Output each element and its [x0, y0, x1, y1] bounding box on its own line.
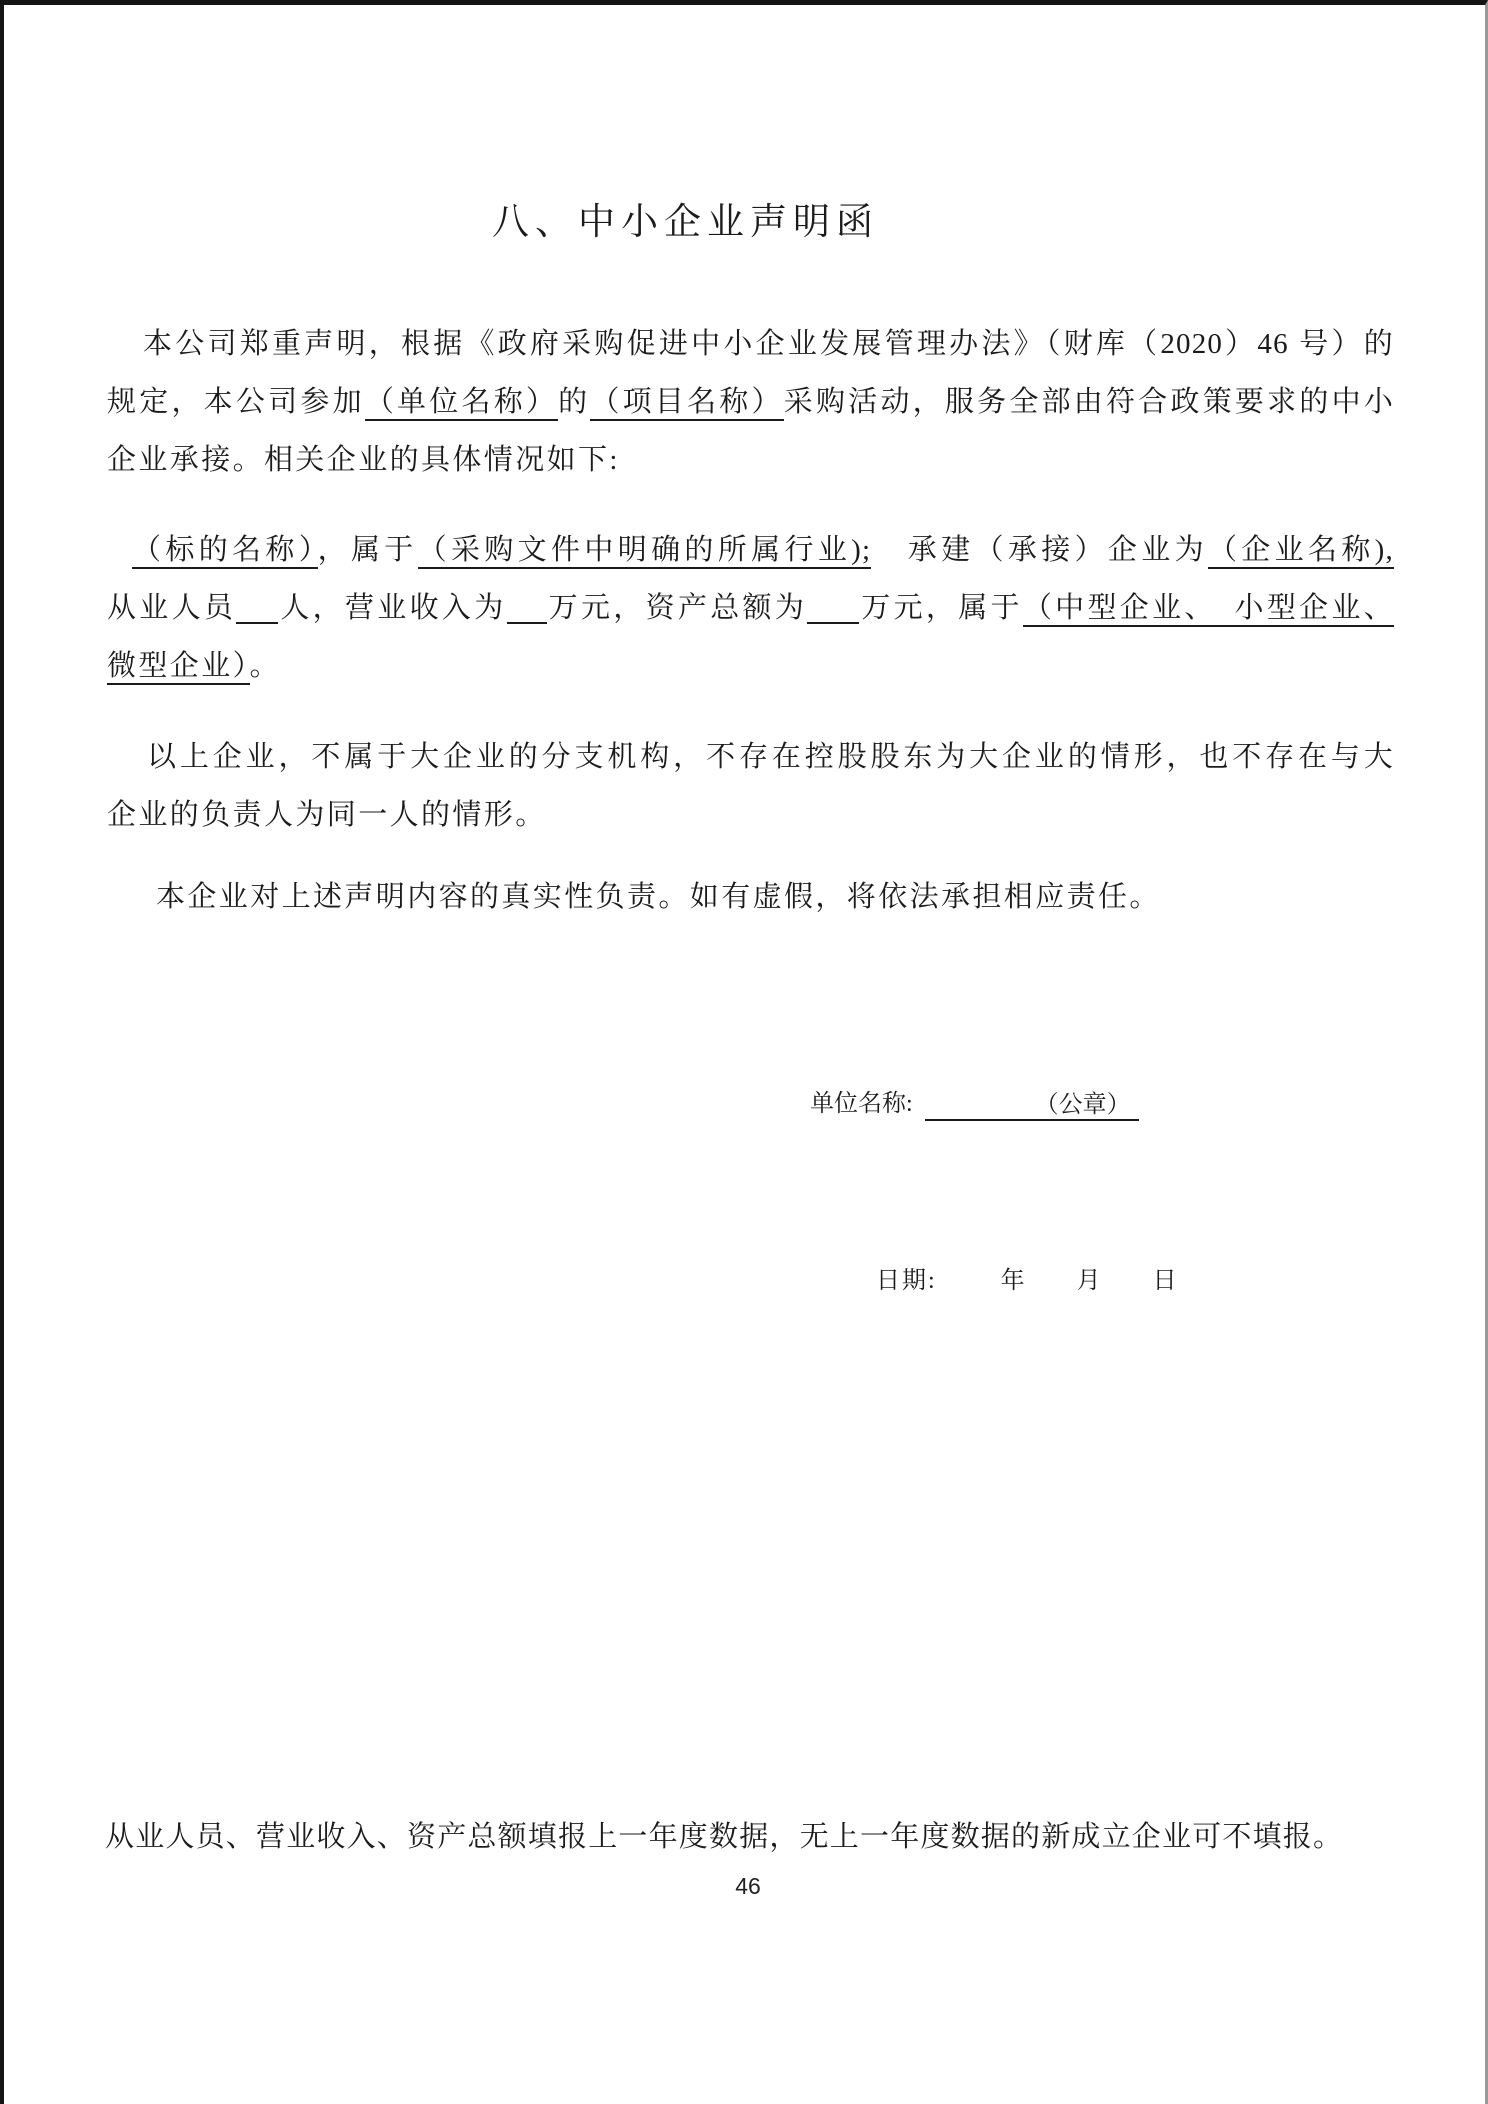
para-no-large-enterprise: 以上企业，不属于大企业的分支机构，不存在控股股东为大企业的情形，也不存在与大企业… — [107, 728, 1394, 844]
day-label: 日 — [1153, 1268, 1179, 1294]
para-responsibility: 本企业对上述声明内容的真实性负责。如有虚假，将依法承担相应责任。 — [107, 868, 1394, 926]
underlined-text: （单位名称） — [365, 386, 558, 421]
seal-label: （公章） — [1035, 1092, 1131, 1118]
unit-name-blank-line: （公章） — [925, 1089, 1139, 1121]
text-line: 企业承接。相关企业的具体情况如下: — [107, 431, 1394, 489]
unit-name-label: 单位名称: — [810, 1091, 913, 1117]
date-spacer — [1103, 1287, 1153, 1288]
date-spacer — [937, 1287, 1001, 1288]
text-line: 微型企业）。 — [107, 637, 1394, 695]
text-run: 承建（承接）企业为 — [908, 534, 1208, 566]
document-page: 八、中小企业声明函 本公司郑重声明，根据《政府采购促进中小企业发展管理办法》（财… — [0, 0, 1488, 2104]
page-number: 46 — [4, 1873, 1488, 1900]
text-line: 从业人员人，营业收入为万元，资产总额为万元，属于（中型企业、 小型企业、 — [107, 579, 1394, 637]
underlined-text: （采购文件中明确的所属行业); — [418, 534, 872, 569]
text-line: 企业的负责人为同一人的情形。 — [107, 786, 1394, 844]
date-label: 日期: — [876, 1268, 937, 1294]
year-label: 年 — [1001, 1268, 1027, 1294]
date-spacer — [1027, 1287, 1077, 1288]
text-run: 。 — [250, 650, 281, 682]
text-line: 本公司郑重声明，根据《政府采购促进中小企业发展管理办法》（财库（2020）46 … — [107, 315, 1394, 373]
text-line: 规定，本公司参加（单位名称）的（项目名称）采购活动，服务全部由符合政策要求的中小 — [107, 373, 1394, 431]
page-title: 八、中小企业声明函 — [107, 191, 1394, 245]
text-run: 万元，资产总额为 — [547, 592, 808, 624]
underlined-text: 微型企业） — [107, 650, 250, 685]
text-run: 人，营业收入为 — [278, 592, 506, 624]
text-run: 规定，本公司参加 — [107, 386, 365, 418]
signature-unit-row: 单位名称:（公章） — [107, 1087, 1488, 1121]
text-run: 的 — [558, 386, 590, 418]
text-line: 以上企业，不属于大企业的分支机构，不存在控股股东为大企业的情形，也不存在与大 — [107, 728, 1394, 786]
text-run — [871, 534, 908, 566]
signature-date-row: 日期:年月日 — [107, 1264, 1488, 1298]
text-line: （标的名称），属于（采购文件中明确的所属行业); 承建（承接）企业为（企业名称)… — [107, 521, 1394, 579]
month-label: 月 — [1077, 1268, 1103, 1294]
para-enterprise-details: （标的名称），属于（采购文件中明确的所属行业); 承建（承接）企业为（企业名称)… — [107, 521, 1394, 695]
text-run: 本公司郑重声明，根据《政府采购促进中小企业发展管理办法》（财库（2020）46 … — [143, 328, 1394, 360]
text-run: ，属于 — [318, 534, 418, 566]
text-run: 以上企业，不属于大企业的分支机构，不存在控股股东为大企业的情形，也不存在与大 — [147, 741, 1394, 773]
fill-in-blank — [807, 593, 859, 624]
text-run: 企业承接。相关企业的具体情况如下: — [107, 444, 620, 476]
underlined-text: （中型企业、 小型企业、 — [1023, 592, 1394, 627]
text-run: 万元，属于 — [859, 592, 1023, 624]
underlined-text: （企业名称), — [1208, 534, 1394, 569]
footnote-text: 从业人员、营业收入、资产总额填报上一年度数据，无上一年度数据的新成立企业可不填报… — [105, 1817, 1465, 1857]
underlined-text: （项目名称） — [590, 386, 783, 421]
text-line: 本企业对上述声明内容的真实性负责。如有虚假，将依法承担相应责任。 — [107, 868, 1394, 926]
para-declaration-intro: 本公司郑重声明，根据《政府采购促进中小企业发展管理办法》（财库（2020）46 … — [107, 315, 1394, 489]
fill-in-blank — [507, 593, 547, 624]
text-run: 从业人员 — [107, 592, 236, 624]
text-run: 本企业对上述声明内容的真实性负责。如有虚假，将依法承担相应责任。 — [156, 881, 1161, 913]
text-run: 采购活动，服务全部由符合政策要求的中小 — [784, 386, 1394, 418]
text-run: 企业的负责人为同一人的情形。 — [107, 799, 547, 831]
fill-in-blank — [236, 593, 278, 624]
underlined-text: （标的名称） — [132, 534, 318, 569]
